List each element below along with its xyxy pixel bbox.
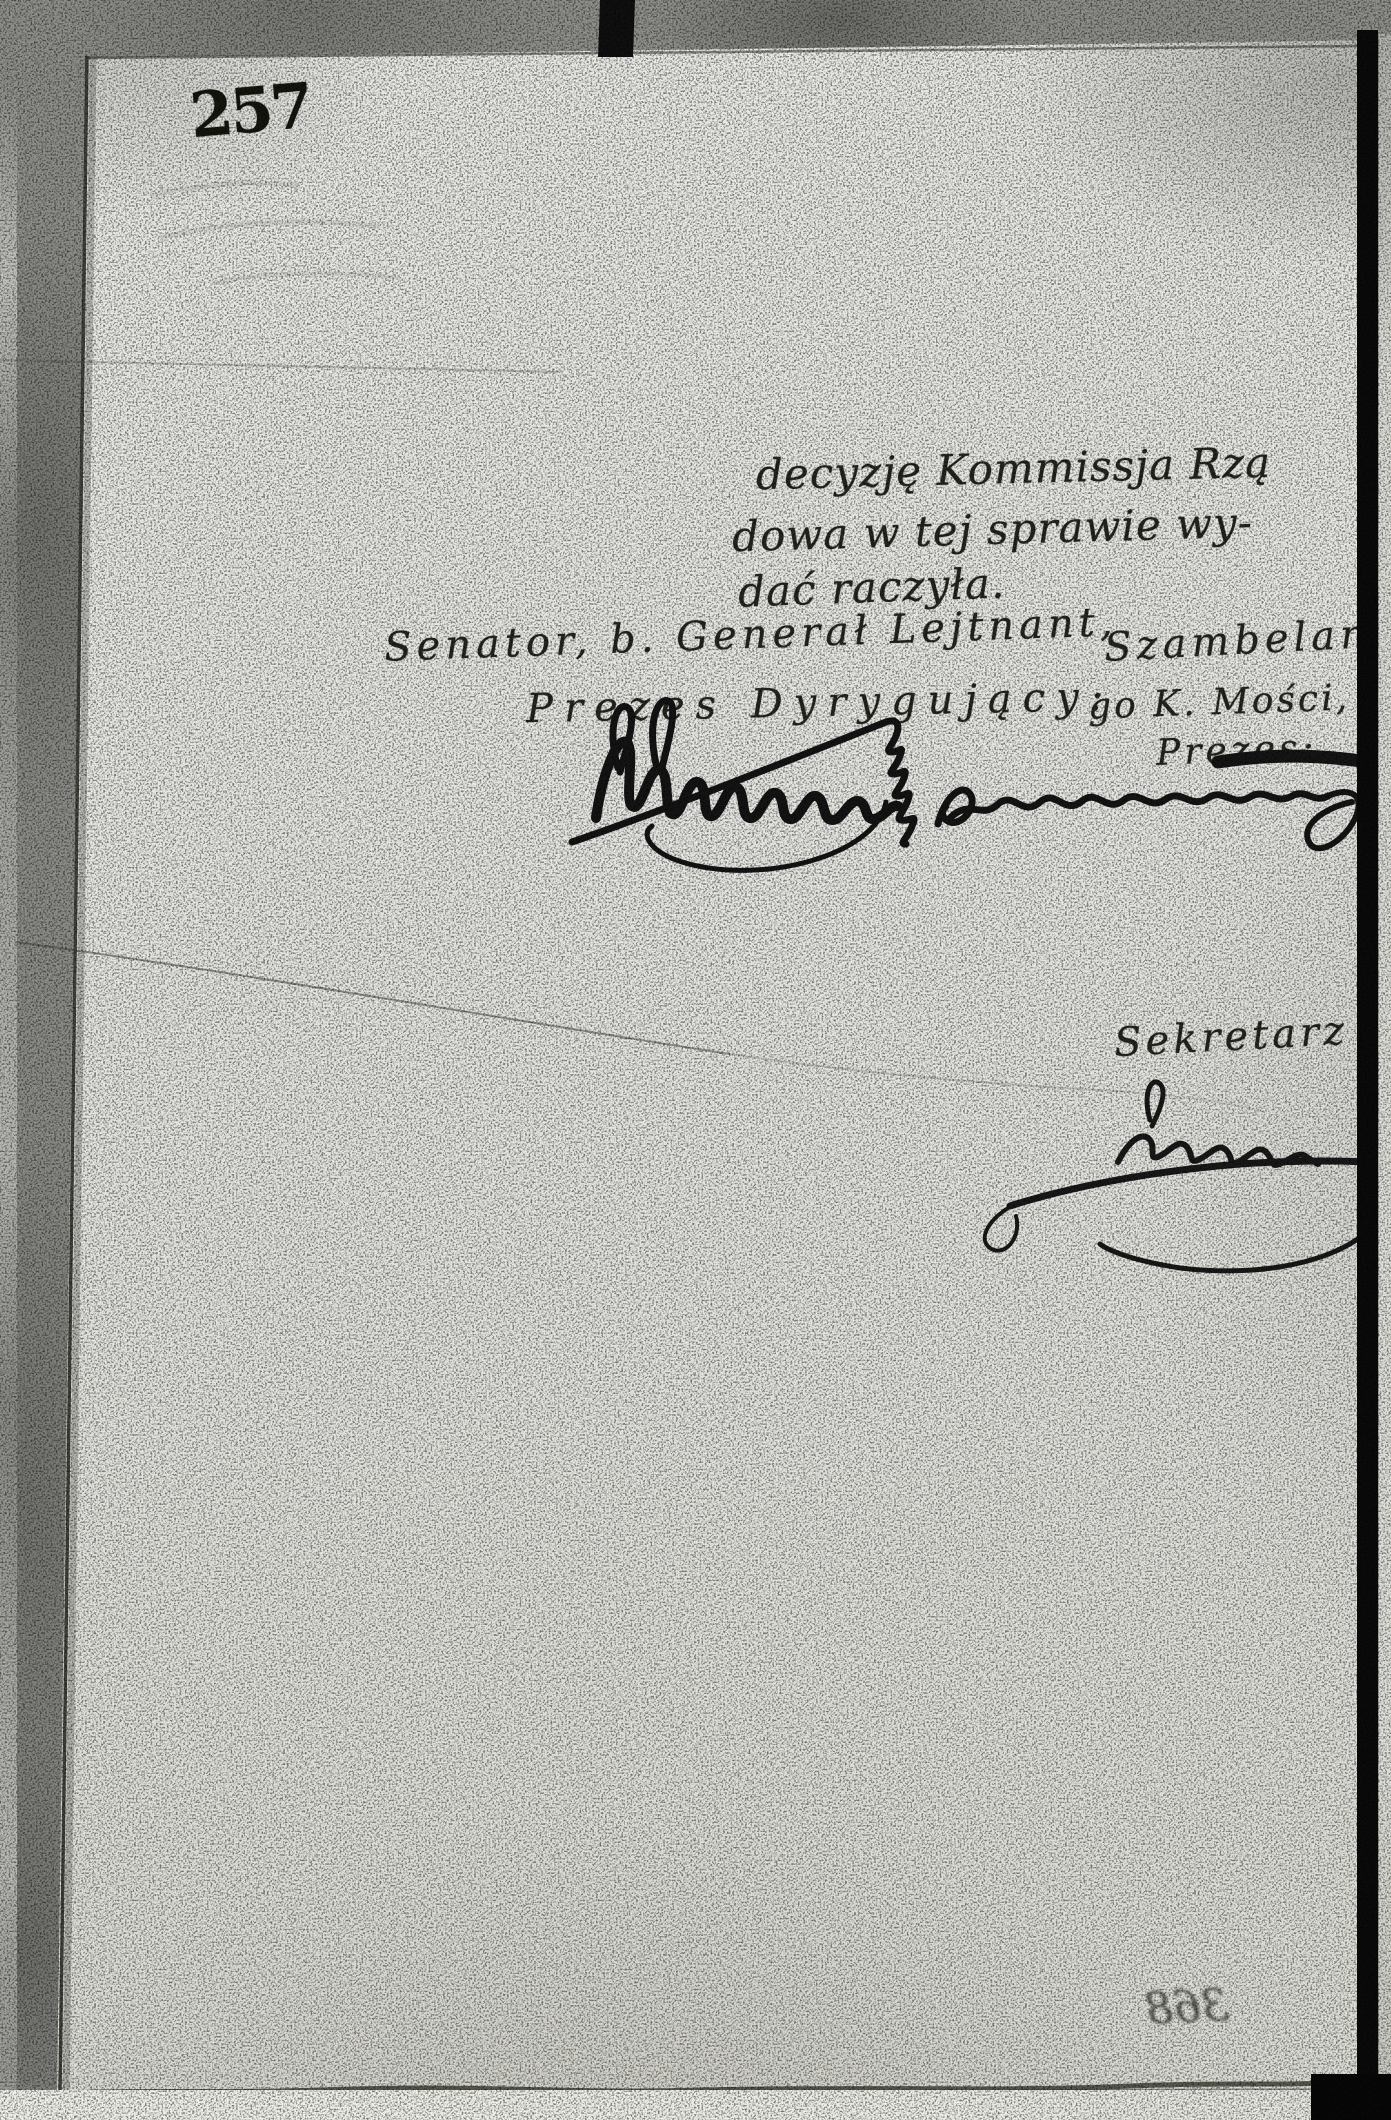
bleedthrough-folio-number: 368 <box>1144 1980 1231 2035</box>
watermark-swirl <box>230 850 430 1060</box>
watermark-swirl <box>680 1700 870 1900</box>
film-edge-bar-right <box>1357 30 1378 2120</box>
watermark-swirl <box>250 1210 430 1410</box>
film-edge-bar-top <box>598 0 635 57</box>
bottom-light-strip <box>0 2090 1391 2120</box>
title-president-label: Prezes: <box>1155 727 1318 774</box>
bottom-right-black-patch <box>1311 2074 1391 2120</box>
watermark-swirl <box>470 1560 700 1800</box>
left-edge-light-streaks <box>0 0 17 2120</box>
folio-number: 257 <box>187 69 313 152</box>
watermark-swirl <box>870 1420 1040 1600</box>
right-margin-sliver <box>1378 34 1391 2076</box>
scanned-document-page: 257 decyzję Kommissja Rzą dowa w tej spr… <box>0 0 1391 2120</box>
